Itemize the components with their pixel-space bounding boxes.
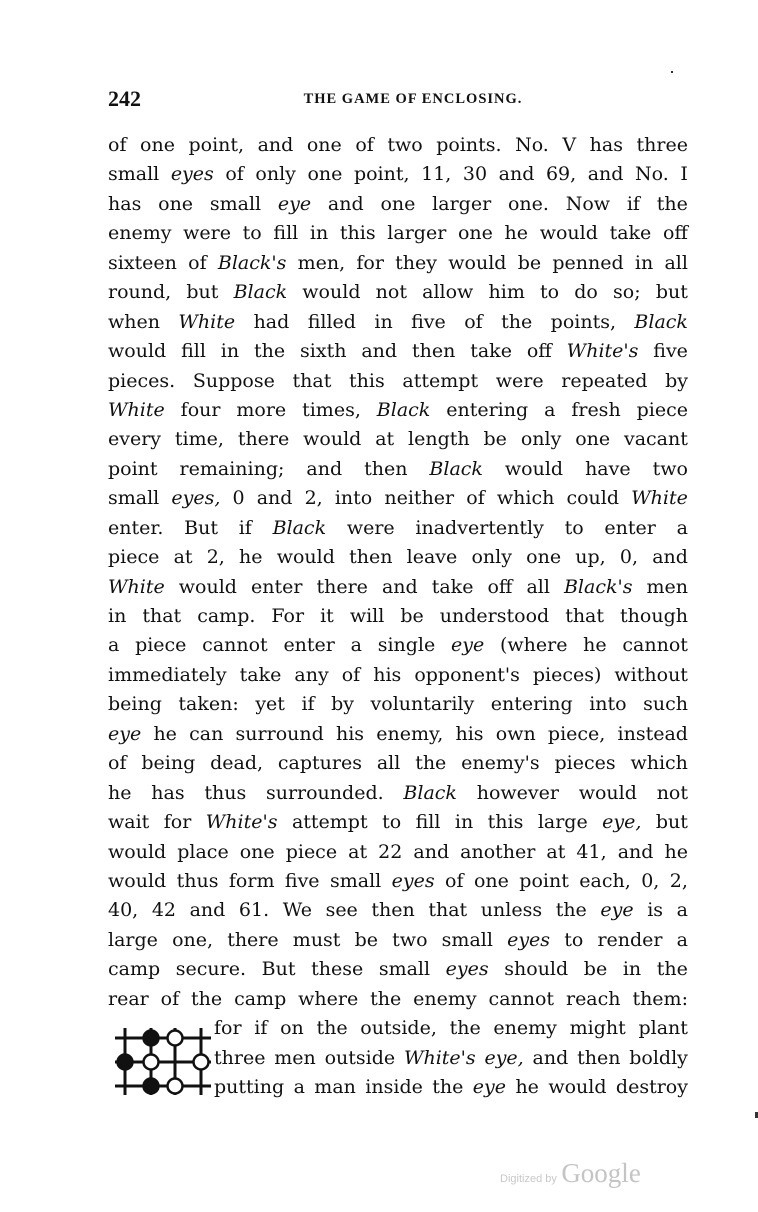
text-line: pieceat2,hewouldthenleaveonlyoneup,0,and [108, 543, 688, 572]
text-line: pieces.Supposethatthisattemptwererepeate… [108, 367, 688, 396]
text-line: whenWhitehadfilledinfiveofthepoints,Blac… [108, 308, 688, 337]
black-stone-icon [144, 1079, 159, 1094]
text-line: 40,42and61.Weseethenthatunlesstheeyeisa [108, 896, 688, 925]
text-line: wouldplaceonepieceat22andanotherat41,and… [108, 838, 688, 867]
watermark-prefix: Digitized by [500, 1173, 557, 1185]
page-header: 242 THE GAME OF ENCLOSING. [108, 86, 688, 116]
text-line: sixteenofBlack'smen,fortheywouldbepenned… [108, 249, 688, 278]
indented-text-line: threemenoutsideWhite'seye,andthenboldly [214, 1044, 688, 1073]
white-stone-icon [194, 1055, 209, 1070]
text-line: largeone,theremustbetwosmalleyestorender… [108, 926, 688, 955]
digitized-by-google-watermark: Digitized by Google [500, 1158, 641, 1189]
white-stone-icon [168, 1079, 183, 1094]
running-head: THE GAME OF ENCLOSING. [108, 91, 688, 108]
text-line: apiececannotenterasingleeye(wherehecanno… [108, 631, 688, 660]
text-line: pointremaining;andthenBlackwouldhavetwo [108, 455, 688, 484]
white-stone-icon [144, 1055, 159, 1070]
text-line: Whitefourmoretimes,Blackenteringafreshpi… [108, 396, 688, 425]
text-line: ofbeingdead,capturesalltheenemy'spiecesw… [108, 749, 688, 778]
text-line: everytime,therewouldatlengthbeonlyonevac… [108, 425, 688, 454]
text-line: waitforWhite'sattempttofillinthislargeey… [108, 808, 688, 837]
watermark-brand: Google [561, 1158, 640, 1188]
text-line: campsecure.Butthesesmalleyesshouldbeinth… [108, 955, 688, 984]
text-line: smalleyesofonlyonepoint,11,30and69,andNo… [108, 160, 688, 189]
text-line: smalleyes,0and2,intoneitherofwhichcouldW… [108, 484, 688, 513]
text-line: wouldfillinthesixthandthentakeoffWhite's… [108, 337, 688, 366]
go-diagram [113, 1026, 213, 1096]
body-text: ofonepoint,andoneoftwopoints.No.Vhasthre… [108, 131, 688, 1102]
text-line: rearofthecampwheretheenemycannotreachthe… [108, 985, 688, 1014]
black-stone-icon [118, 1055, 133, 1070]
text-line: hasonesmalleyeandonelargerone.Nowifthe [108, 190, 688, 219]
indented-text-line: puttingamaninsidetheeyehewoulddestroy [214, 1073, 688, 1102]
text-line: inthatcamp.Foritwillbeunderstoodthatthou… [108, 602, 688, 631]
text-line: wouldthusformfivesmalleyesofonepointeach… [108, 867, 688, 896]
text-line: round,butBlackwouldnotallowhimtodoso;but [108, 278, 688, 307]
indented-text-line: forifontheoutside,theenemymightplant [214, 1014, 688, 1043]
text-line: immediatelytakeanyofhisopponent'spieces)… [108, 661, 688, 690]
text-line: enter.ButifBlackwereinadvertentlytoenter… [108, 514, 688, 543]
book-page: 242 THE GAME OF ENCLOSING. ofonepoint,an… [0, 0, 758, 1212]
scan-speck [671, 71, 673, 73]
text-line: beingtaken:yetifbyvoluntarilyenteringint… [108, 690, 688, 719]
black-stone-icon [144, 1031, 159, 1046]
text-line: enemyweretofillinthislargeronehewouldtak… [108, 219, 688, 248]
white-stone-icon [168, 1031, 183, 1046]
text-line: eyehecansurroundhisenemy,hisownpiece,ins… [108, 720, 688, 749]
text-line: WhitewouldenterthereandtakeoffallBlack's… [108, 573, 688, 602]
text-line: ofonepoint,andoneoftwopoints.No.Vhasthre… [108, 131, 688, 160]
text-line: hehasthussurrounded.Blackhoweverwouldnot [108, 779, 688, 808]
